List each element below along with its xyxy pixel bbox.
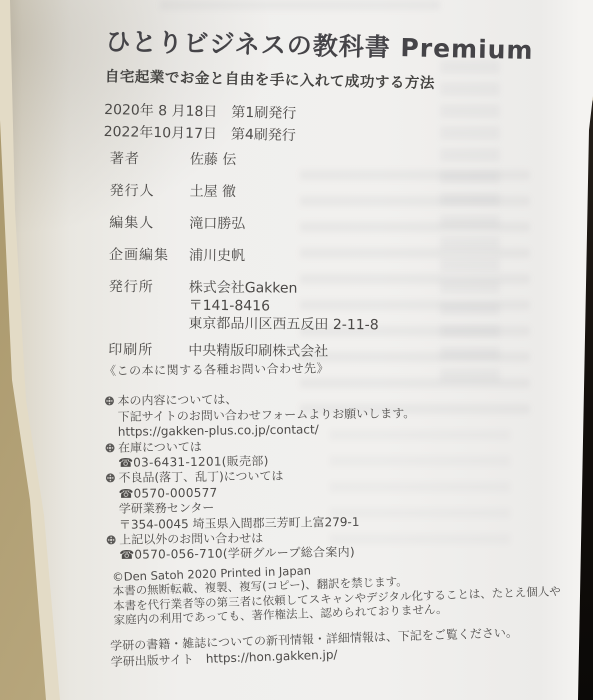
credit-row: 発行人土屋 徹: [110, 180, 380, 202]
contact-phone: 03-6431-1201(販売部): [133, 454, 269, 470]
contact-label: 本の内容については、: [117, 393, 237, 408]
contact-block: 《この本に関する各種お問い合わせ先》 本の内容については、 下記サイトのお問い合…: [104, 360, 417, 564]
credit-row: 編集人滝口勝弘: [109, 212, 379, 234]
contact-label: 上記以外のお問い合わせは: [119, 531, 263, 547]
printing-edition: 第4刷発行: [231, 124, 296, 147]
credit-role: 発行人: [110, 180, 190, 201]
flower-bullet-icon: [105, 441, 115, 451]
contact-heading: 《この本に関する各種お問い合わせ先》: [104, 360, 415, 379]
flower-bullet-icon: [106, 534, 116, 544]
printing-date: 2022年10月17日: [104, 124, 218, 142]
phone-icon: ☎: [118, 456, 133, 470]
contact-phone: 0570-056-710(学研グループ総合案内): [134, 545, 355, 562]
contact-phone: 0570-000577: [133, 485, 217, 500]
printing-date: 2020年 8 月18日: [104, 102, 218, 120]
credit-name: 株式会社Gakken: [189, 277, 298, 298]
printing-edition: 第1刷発行: [231, 102, 296, 125]
contact-label: 不良品(落丁、乱丁)については: [118, 469, 283, 485]
credit-role: 編集人: [109, 212, 189, 233]
credit-role: 著者: [110, 148, 190, 169]
credit-name: 中央精版印刷株式会社: [188, 340, 328, 361]
book-subtitle: 自宅起業でお金と自由を手に入れて成功する方法: [105, 65, 533, 95]
credit-row: 発行所株式会社Gakken: [109, 276, 379, 298]
credit-row: 著者佐藤 伝: [110, 148, 380, 170]
credits-block: 著者佐藤 伝 発行人土屋 徹 編集人滝口勝弘 企画編集浦川史帆 発行所株式会社G…: [108, 148, 380, 373]
credit-name: 土屋 徹: [190, 181, 237, 201]
publisher-postal-code: 〒141-8416: [189, 297, 379, 317]
credit-role: 印刷所: [108, 339, 188, 360]
credit-name: 滝口勝弘: [189, 213, 245, 233]
flower-bullet-icon: [104, 395, 114, 405]
phone-icon: ☎: [119, 548, 134, 562]
credit-row: 印刷所中央精版印刷株式会社: [108, 339, 378, 361]
flower-bullet-icon: [105, 472, 115, 482]
footer-site-url: https://hon.gakken.jp/: [206, 647, 338, 665]
book-colophon-photo: ひとりビジネスの教科書 Premium 自宅起業でお金と自由を手に入れて成功する…: [0, 0, 593, 700]
credit-name: 浦川史帆: [189, 245, 245, 265]
credit-role: 企画編集: [109, 244, 189, 265]
phone-icon: ☎: [118, 486, 133, 500]
credit-row: 企画編集浦川史帆: [109, 244, 379, 266]
footer-site-label: 学研出版サイト: [111, 652, 195, 669]
contact-label: 在庫については: [118, 439, 202, 454]
credit-name: 佐藤 伝: [190, 149, 237, 169]
header-block: ひとりビジネスの教科書 Premium 自宅起業でお金と自由を手に入れて成功する…: [103, 22, 533, 152]
publisher-address: 東京都品川区西五反田 2-11-8: [188, 315, 378, 335]
printing-dates: 2020年 8 月18日第1刷発行 2022年10月17日第4刷発行: [103, 99, 532, 152]
credit-role: 発行所: [109, 276, 189, 297]
book-title: ひとりビジネスの教科書 Premium: [105, 22, 534, 67]
